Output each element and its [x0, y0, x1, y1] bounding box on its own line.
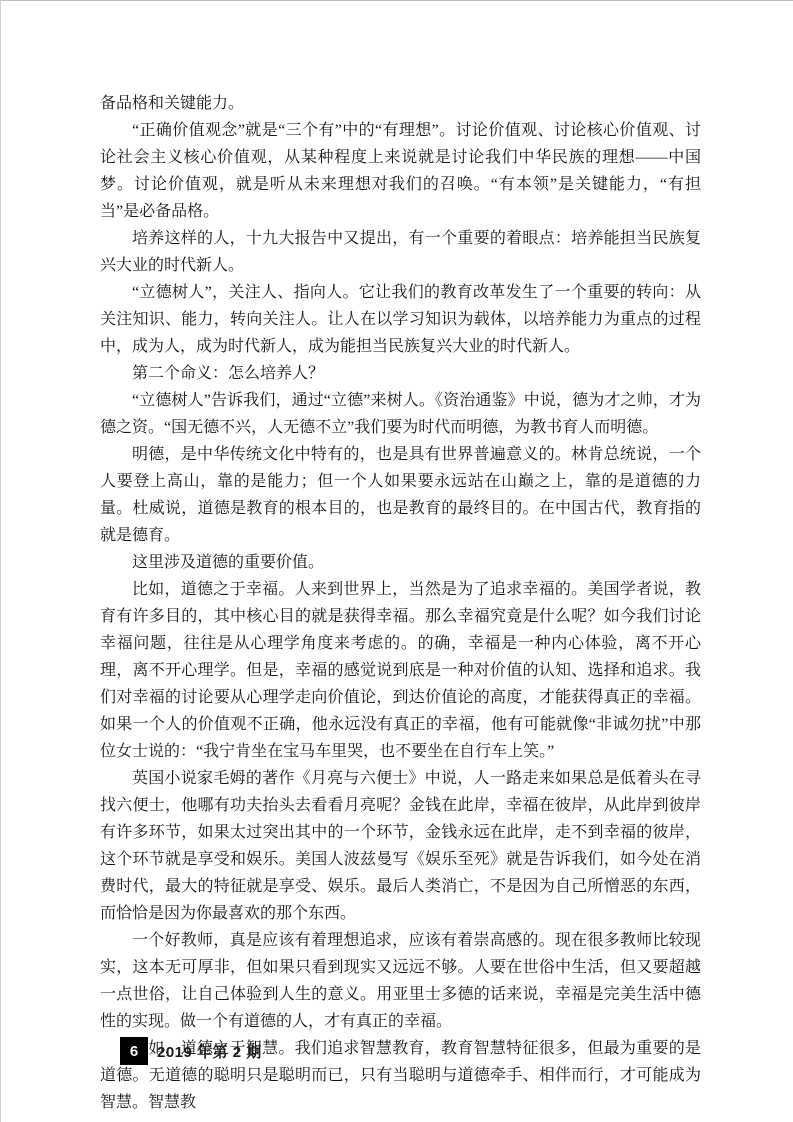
page-number-badge: 6: [120, 1037, 148, 1065]
paragraph: 英国小说家毛姆的著作《月亮与六便士》中说，人一路走来如果总是低着头在寻找六便士，…: [100, 765, 701, 927]
paragraph: 一个好教师，真是应该有着理想追求，应该有着崇高感的。现在很多教师比较现实，这本无…: [100, 927, 701, 1035]
article-body: 备品格和关键能力。 “正确价值观念”就是“三个有”中的“有理想”。讨论价值观、讨…: [100, 90, 701, 1116]
paragraph: “正确价值观念”就是“三个有”中的“有理想”。讨论价值观、讨论核心价值观、讨论社…: [100, 117, 701, 225]
paragraph: 这里涉及道德的重要价值。: [100, 549, 701, 576]
paragraph: “立德树人”，关注人、指向人。它让我们的教育改革发生了一个重要的转向：从关注知识…: [100, 279, 701, 360]
issue-label: 2019 年第 2 期: [157, 1041, 262, 1062]
paragraph: 培养这样的人，十九大报告中又提出，有一个重要的着眼点：培养能担当民族复兴大业的时…: [100, 225, 701, 279]
paragraph: “立德树人”告诉我们，通过“立德”来树人。《资治通鉴》中说，德为才之帅，才为德之…: [100, 387, 701, 441]
paragraph: 比如，道德之于幸福。人来到世界上，当然是为了追求幸福的。美国学者说，教育有许多目…: [100, 576, 701, 765]
paragraph: 明德，是中华传统文化中特有的，也是具有世界普遍意义的。林肯总统说，一个人要登上高…: [100, 441, 701, 549]
paragraph: 备品格和关键能力。: [100, 90, 701, 117]
document-page: 备品格和关键能力。 “正确价值观念”就是“三个有”中的“有理想”。讨论价值观、讨…: [0, 0, 793, 1122]
page-footer: 6 2019 年第 2 期: [120, 1037, 262, 1065]
paragraph: 第二个命义：怎么培养人？: [100, 360, 701, 387]
